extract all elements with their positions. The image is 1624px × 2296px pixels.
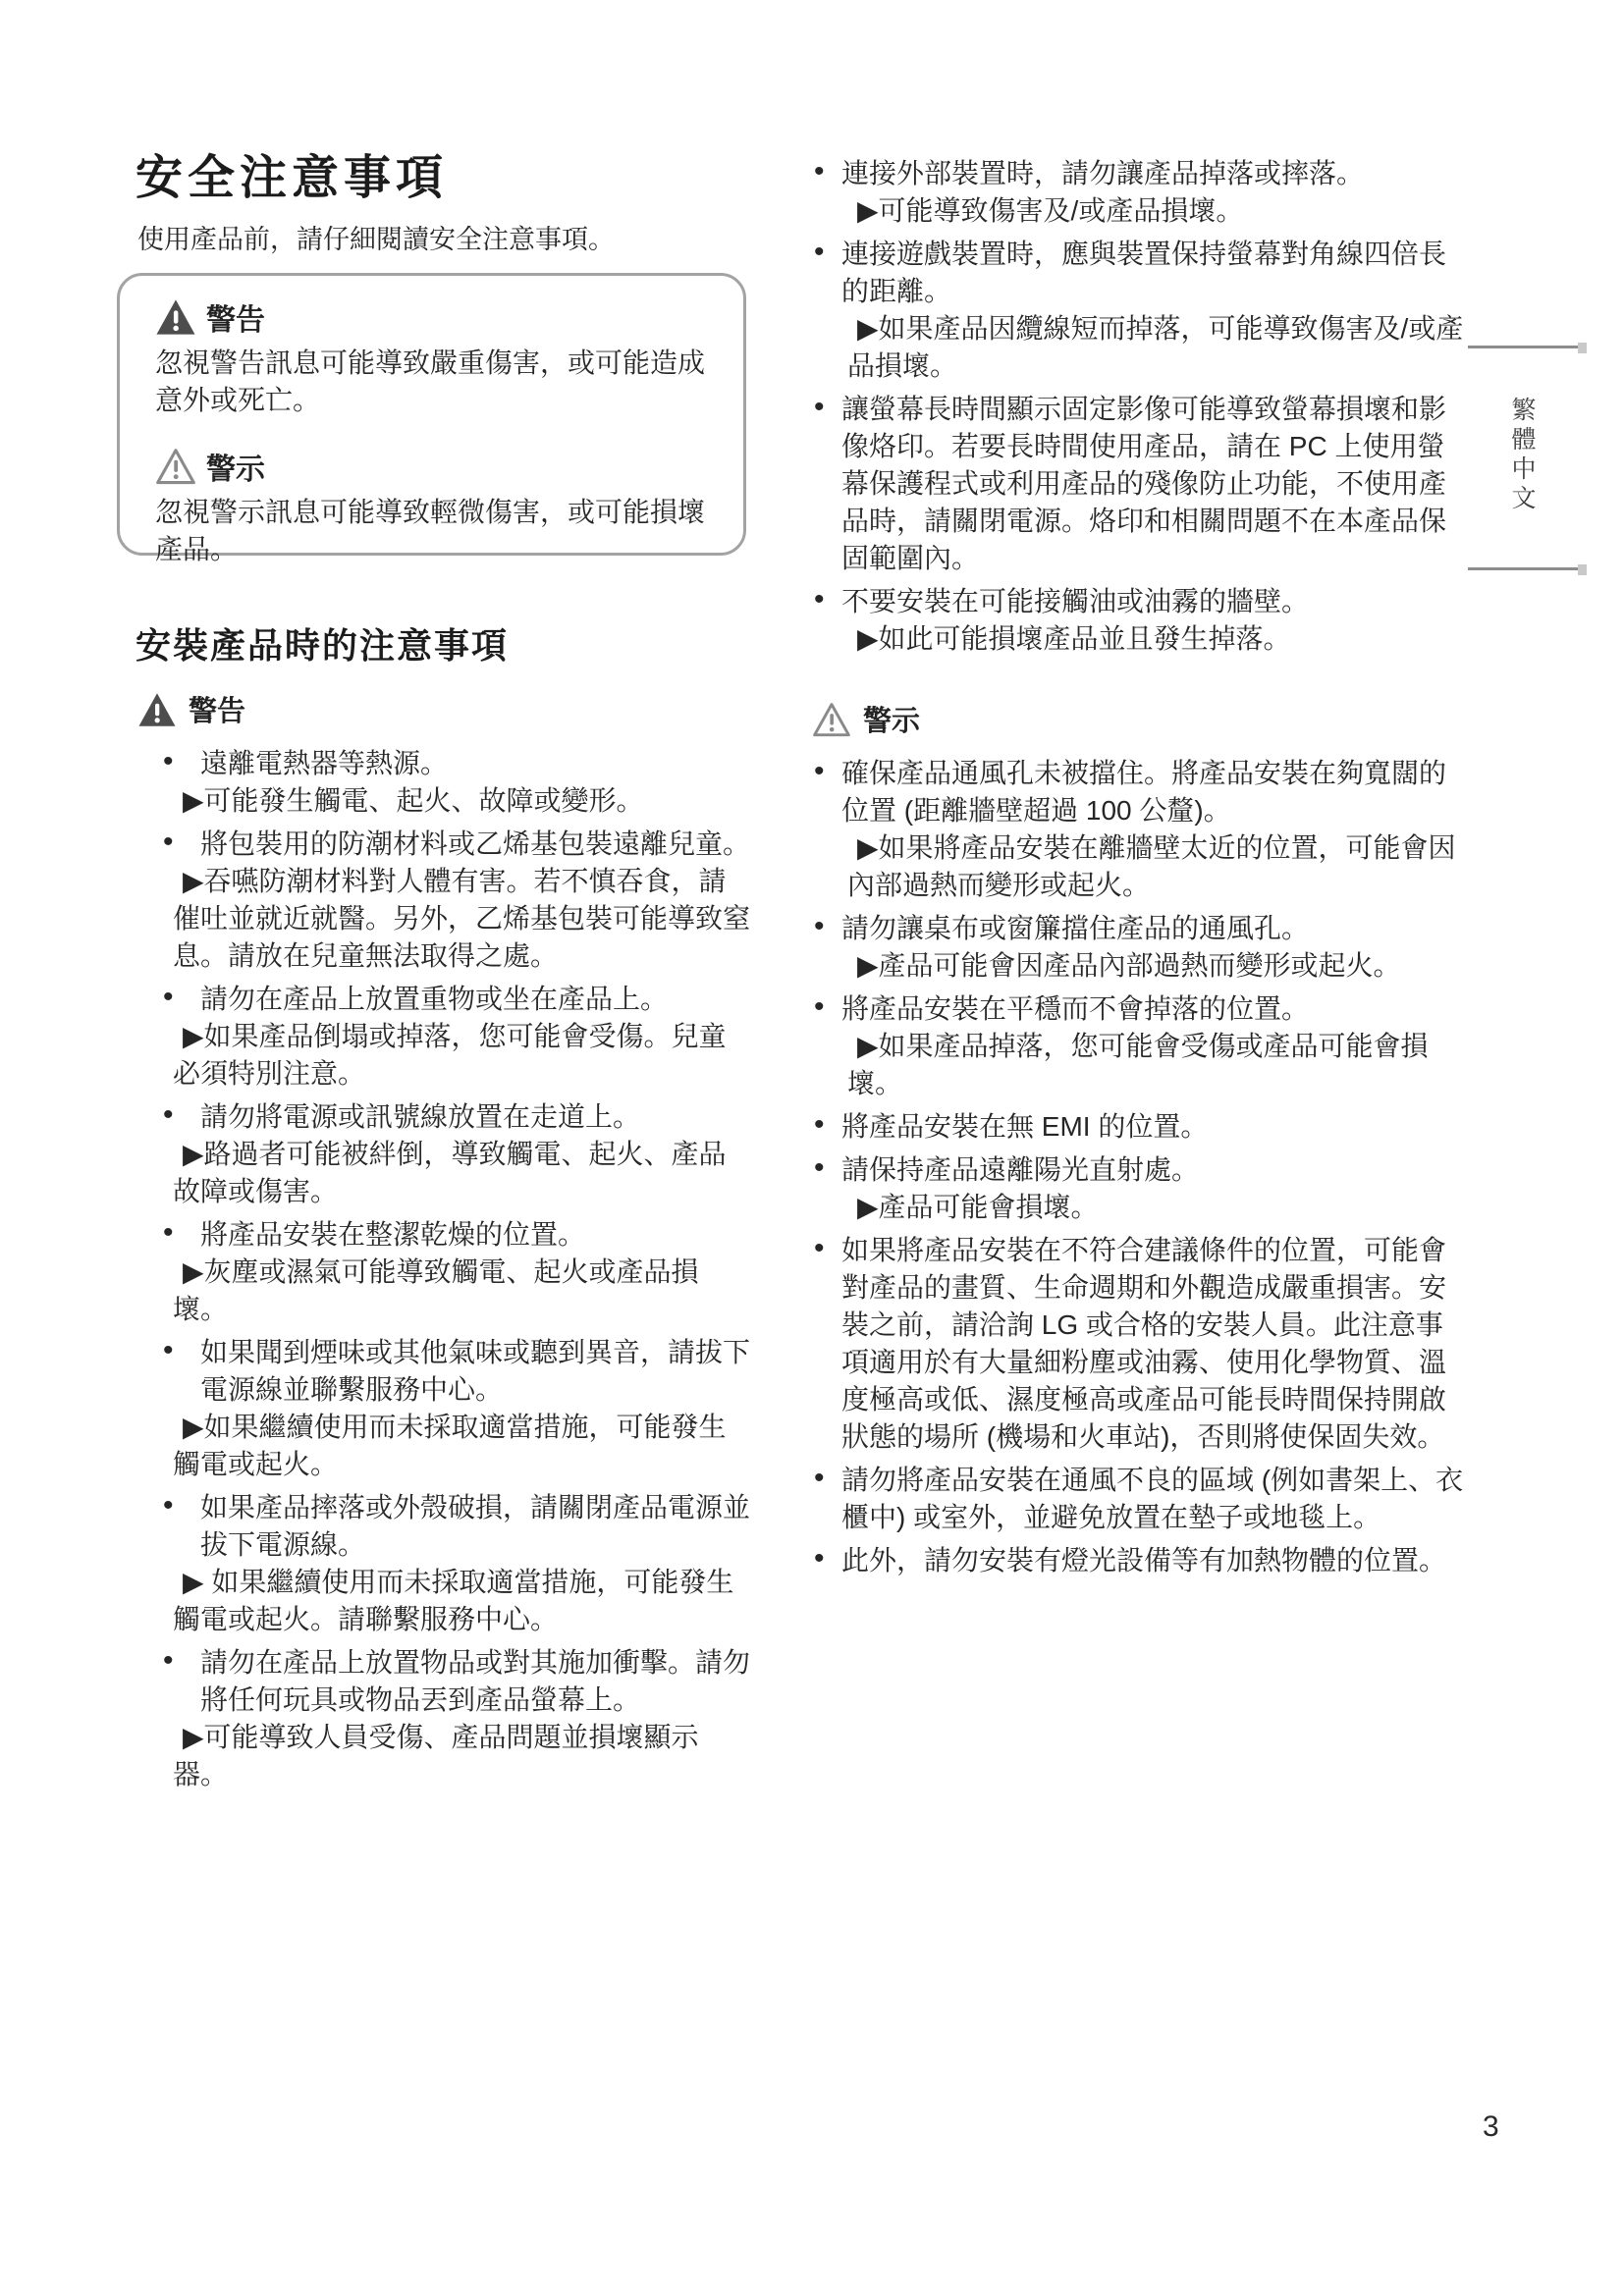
- bullet-item: 此外，請勿安裝有燈光設備等有加熱物體的位置。: [812, 1542, 1467, 1579]
- bullet-item: 請勿將產品安裝在通風不良的區域 (例如書架上、衣櫃中) 或室外，並避免放置在墊子…: [812, 1462, 1467, 1536]
- caution-description: 忽視警示訊息可能導致輕微傷害，或可能損壞產品。: [155, 494, 715, 568]
- bullet-note: ▶如果產品因纜線短而掉落，可能導致傷害及/或產品損壞。: [847, 310, 1467, 385]
- section-title: 安裝產品時的注意事項: [135, 618, 823, 668]
- bullet-text: 請勿讓桌布或窗簾擋住產品的通風孔。: [841, 910, 1467, 947]
- bullet-text: 將產品安裝在無 EMI 的位置。: [841, 1108, 1467, 1146]
- bullet-item: 將產品安裝在平穩而不會掉落的位置。 ▶如果產品掉落，您可能會受傷或產品可能會損壞…: [812, 990, 1467, 1102]
- right-column: 連接外部裝置時，請勿讓產品掉落或摔落。 ▶可能導致傷害及/或產品損壞。 連接遊戲…: [812, 155, 1467, 1585]
- warning-list-left: 遠離電熱器等熱源。 ▶可能發生觸電、起火、故障或變形。 將包裝用的防潮材料或乙烯…: [137, 745, 750, 1793]
- bullet-item: 請勿讓桌布或窗簾擋住產品的通風孔。 ▶產品可能會因產品內部過熱而變形或起火。: [812, 910, 1467, 985]
- bullet-note: ▶可能發生觸電、起火、故障或變形。: [173, 782, 750, 820]
- bullet-text: 讓螢幕長時間顯示固定影像可能導致螢幕損壞和影像烙印。若要長時間使用產品，請在 P…: [841, 391, 1467, 577]
- bullet-text: 連接遊戲裝置時，應與裝置保持螢幕對角線四倍長的距離。: [841, 236, 1467, 310]
- bullet-item: 如果產品摔落或外殼破損，請關閉產品電源並拔下電源線。 ▶ 如果繼續使用而未採取適…: [137, 1489, 750, 1638]
- side-tab-rule-endcap: [1578, 564, 1587, 575]
- side-tab-bottom-rule: [1468, 567, 1578, 570]
- page-intro: 使用產品前，請仔細閱讀安全注意事項。: [137, 222, 785, 257]
- warning-description: 忽視警告訊息可能導致嚴重傷害，或可能造成意外或死亡。: [155, 345, 715, 419]
- bullet-text: 將包裝用的防潮材料或乙烯基包裝遠離兒童。: [200, 826, 750, 863]
- bullet-item: 遠離電熱器等熱源。 ▶可能發生觸電、起火、故障或變形。: [137, 745, 750, 820]
- caution-subheading: 警示: [812, 699, 1467, 739]
- bullet-note: ▶如果將產品安裝在離牆壁太近的位置，可能會因內部過熱而變形或起火。: [847, 829, 1467, 904]
- left-column: 警告 遠離電熱器等熱源。 ▶可能發生觸電、起火、故障或變形。 將包裝用的防潮材料…: [137, 689, 750, 1799]
- bullet-note: ▶路過者可能被絆倒，導致觸電、起火、產品故障或傷害。: [173, 1136, 750, 1210]
- warning-triangle-filled-icon: [155, 298, 196, 336]
- bullet-note: ▶如果繼續使用而未採取適當措施，可能發生觸電或起火。: [173, 1409, 750, 1483]
- warning-list-right: 連接外部裝置時，請勿讓產品掉落或摔落。 ▶可能導致傷害及/或產品損壞。 連接遊戲…: [812, 155, 1467, 658]
- bullet-item: 將包裝用的防潮材料或乙烯基包裝遠離兒童。 ▶吞嚥防潮材料對人體有害。若不慎吞食，…: [137, 826, 750, 975]
- side-tab-top-rule: [1468, 346, 1578, 348]
- bullet-item: 將產品安裝在整潔乾燥的位置。 ▶灰塵或濕氣可能導致觸電、起火或產品損壞。: [137, 1216, 750, 1328]
- bullet-text: 確保產品通風孔未被擋住。將產品安裝在夠寬闊的位置 (距離牆壁超過 100 公釐)…: [841, 755, 1467, 829]
- bullet-text: 連接外部裝置時，請勿讓產品掉落或摔落。: [841, 155, 1467, 192]
- bullet-text: 將產品安裝在平穩而不會掉落的位置。: [841, 990, 1467, 1028]
- bullet-note: ▶如果產品掉落，您可能會受傷或產品可能會損壞。: [847, 1028, 1467, 1102]
- bullet-item: 請保持產品遠離陽光直射處。 ▶產品可能會損壞。: [812, 1151, 1467, 1226]
- bullet-text: 請勿將電源或訊號線放置在走道上。: [200, 1098, 750, 1136]
- bullet-text: 遠離電熱器等熱源。: [200, 745, 750, 782]
- caution-list: 確保產品通風孔未被擋住。將產品安裝在夠寬闊的位置 (距離牆壁超過 100 公釐)…: [812, 755, 1467, 1579]
- side-tab-rule-endcap: [1578, 343, 1587, 353]
- bullet-note: ▶ 如果繼續使用而未採取適當措施，可能發生觸電或起火。請聯繫服務中心。: [173, 1564, 750, 1638]
- bullet-note: ▶灰塵或濕氣可能導致觸電、起火或產品損壞。: [173, 1254, 750, 1328]
- warning-subheading: 警告: [137, 689, 750, 729]
- bullet-text: 此外，請勿安裝有燈光設備等有加熱物體的位置。: [841, 1542, 1467, 1579]
- bullet-text: 請勿在產品上放置物品或對其施加衝擊。請勿將任何玩具或物品丟到產品螢幕上。: [200, 1644, 750, 1719]
- bullet-item: 確保產品通風孔未被擋住。將產品安裝在夠寬闊的位置 (距離牆壁超過 100 公釐)…: [812, 755, 1467, 904]
- bullet-text: 請勿將產品安裝在通風不良的區域 (例如書架上、衣櫃中) 或室外，並避免放置在墊子…: [841, 1462, 1467, 1536]
- bullet-item: 如果將產品安裝在不符合建議條件的位置，可能會對產品的畫質、生命週期和外觀造成嚴重…: [812, 1232, 1467, 1456]
- bullet-item: 請勿在產品上放置物品或對其施加衝擊。請勿將任何玩具或物品丟到產品螢幕上。 ▶可能…: [137, 1644, 750, 1793]
- bullet-note: ▶如果產品倒塌或掉落，您可能會受傷。兒童必須特別注意。: [173, 1018, 750, 1093]
- caution-heading: 警示: [155, 445, 724, 488]
- bullet-text: 請勿在產品上放置重物或坐在產品上。: [200, 981, 750, 1018]
- caution-subheading-label: 警示: [863, 699, 920, 739]
- bullet-text: 請保持產品遠離陽光直射處。: [841, 1151, 1467, 1189]
- manual-page: { "page": { "number": "3", "side_tab": "…: [0, 0, 1624, 2296]
- side-tab-language-label: 繁體中文: [1504, 397, 1540, 524]
- bullet-item: 讓螢幕長時間顯示固定影像可能導致螢幕損壞和影像烙印。若要長時間使用產品，請在 P…: [812, 391, 1467, 577]
- warning-subheading-label: 警告: [189, 689, 245, 729]
- bullet-note: ▶可能導致傷害及/或產品損壞。: [847, 192, 1467, 230]
- bullet-item: 不要安裝在可能接觸油或油霧的牆壁。 ▶如此可能損壞產品並且發生掉落。: [812, 583, 1467, 658]
- caution-label: 警示: [206, 445, 265, 488]
- divider-space: [139, 419, 724, 441]
- bullet-item: 連接遊戲裝置時，應與裝置保持螢幕對角線四倍長的距離。 ▶如果產品因纜線短而掉落，…: [812, 236, 1467, 385]
- bullet-item: 請勿在產品上放置重物或坐在產品上。 ▶如果產品倒塌或掉落，您可能會受傷。兒童必須…: [137, 981, 750, 1093]
- bullet-text: 不要安裝在可能接觸油或油霧的牆壁。: [841, 583, 1467, 620]
- bullet-note: ▶產品可能會因產品內部過熱而變形或起火。: [847, 947, 1467, 985]
- caution-triangle-outline-icon: [155, 448, 196, 485]
- bullet-text: 將產品安裝在整潔乾燥的位置。: [200, 1216, 750, 1254]
- bullet-text: 如果將產品安裝在不符合建議條件的位置，可能會對產品的畫質、生命週期和外觀造成嚴重…: [841, 1232, 1467, 1456]
- bullet-note: ▶吞嚥防潮材料對人體有害。若不慎吞食，請催吐並就近就醫。另外，乙烯基包裝可能導致…: [173, 863, 750, 975]
- page-number: 3: [1483, 2110, 1499, 2144]
- bullet-note: ▶產品可能會損壞。: [847, 1189, 1467, 1226]
- bullet-item: 連接外部裝置時，請勿讓產品掉落或摔落。 ▶可能導致傷害及/或產品損壞。: [812, 155, 1467, 230]
- bullet-text: 如果聞到煙味或其他氣味或聽到異音，請拔下電源線並聯繫服務中心。: [200, 1334, 750, 1409]
- page-title: 安全注意事項: [135, 139, 823, 207]
- alert-definition-box: 警告 忽視警告訊息可能導致嚴重傷害，或可能造成意外或死亡。 警示 忽視警示訊息可…: [117, 273, 746, 556]
- bullet-item: 如果聞到煙味或其他氣味或聽到異音，請拔下電源線並聯繫服務中心。 ▶如果繼續使用而…: [137, 1334, 750, 1483]
- bullet-text: 如果產品摔落或外殼破損，請關閉產品電源並拔下電源線。: [200, 1489, 750, 1564]
- warning-heading: 警告: [155, 295, 724, 339]
- bullet-note: ▶如此可能損壞產品並且發生掉落。: [847, 620, 1467, 658]
- bullet-note: ▶可能導致人員受傷、產品問題並損壞顯示器。: [173, 1719, 750, 1793]
- bullet-item: 將產品安裝在無 EMI 的位置。: [812, 1108, 1467, 1146]
- warning-triangle-filled-icon: [137, 692, 177, 727]
- bullet-item: 請勿將電源或訊號線放置在走道上。 ▶路過者可能被絆倒，導致觸電、起火、產品故障或…: [137, 1098, 750, 1210]
- warning-label: 警告: [206, 295, 265, 339]
- caution-triangle-outline-icon: [812, 702, 851, 737]
